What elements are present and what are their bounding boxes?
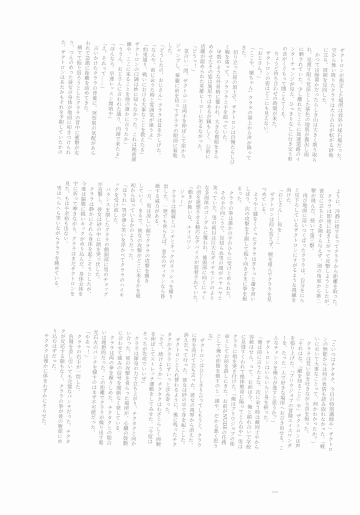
text-tier-upper: ザクトロンが指定した場所は郊外の採石場だった。空から舞い降りたクララは大小の石が… (36, 39, 346, 184)
text-area: ザクトロンが指定した場所は郊外の採石場だった。空から舞い降りたクララは大小の石が… (27, 35, 346, 484)
text-tier-lower: 「こいつはチクタク、今日の特別講師や」ザクトロンの無能からは何の表情も読み取れな… (27, 328, 337, 473)
book-page: ザクトロンが指定した場所は郊外の採石場だった。空から舞い降りたクララは大小の石が… (0, 0, 360, 515)
page-folio-mark (272, 491, 278, 493)
text-tier-middle: ように、冷静に接するってクララから距離を取った。 クララは即座に起き上がって反撃… (32, 180, 342, 325)
